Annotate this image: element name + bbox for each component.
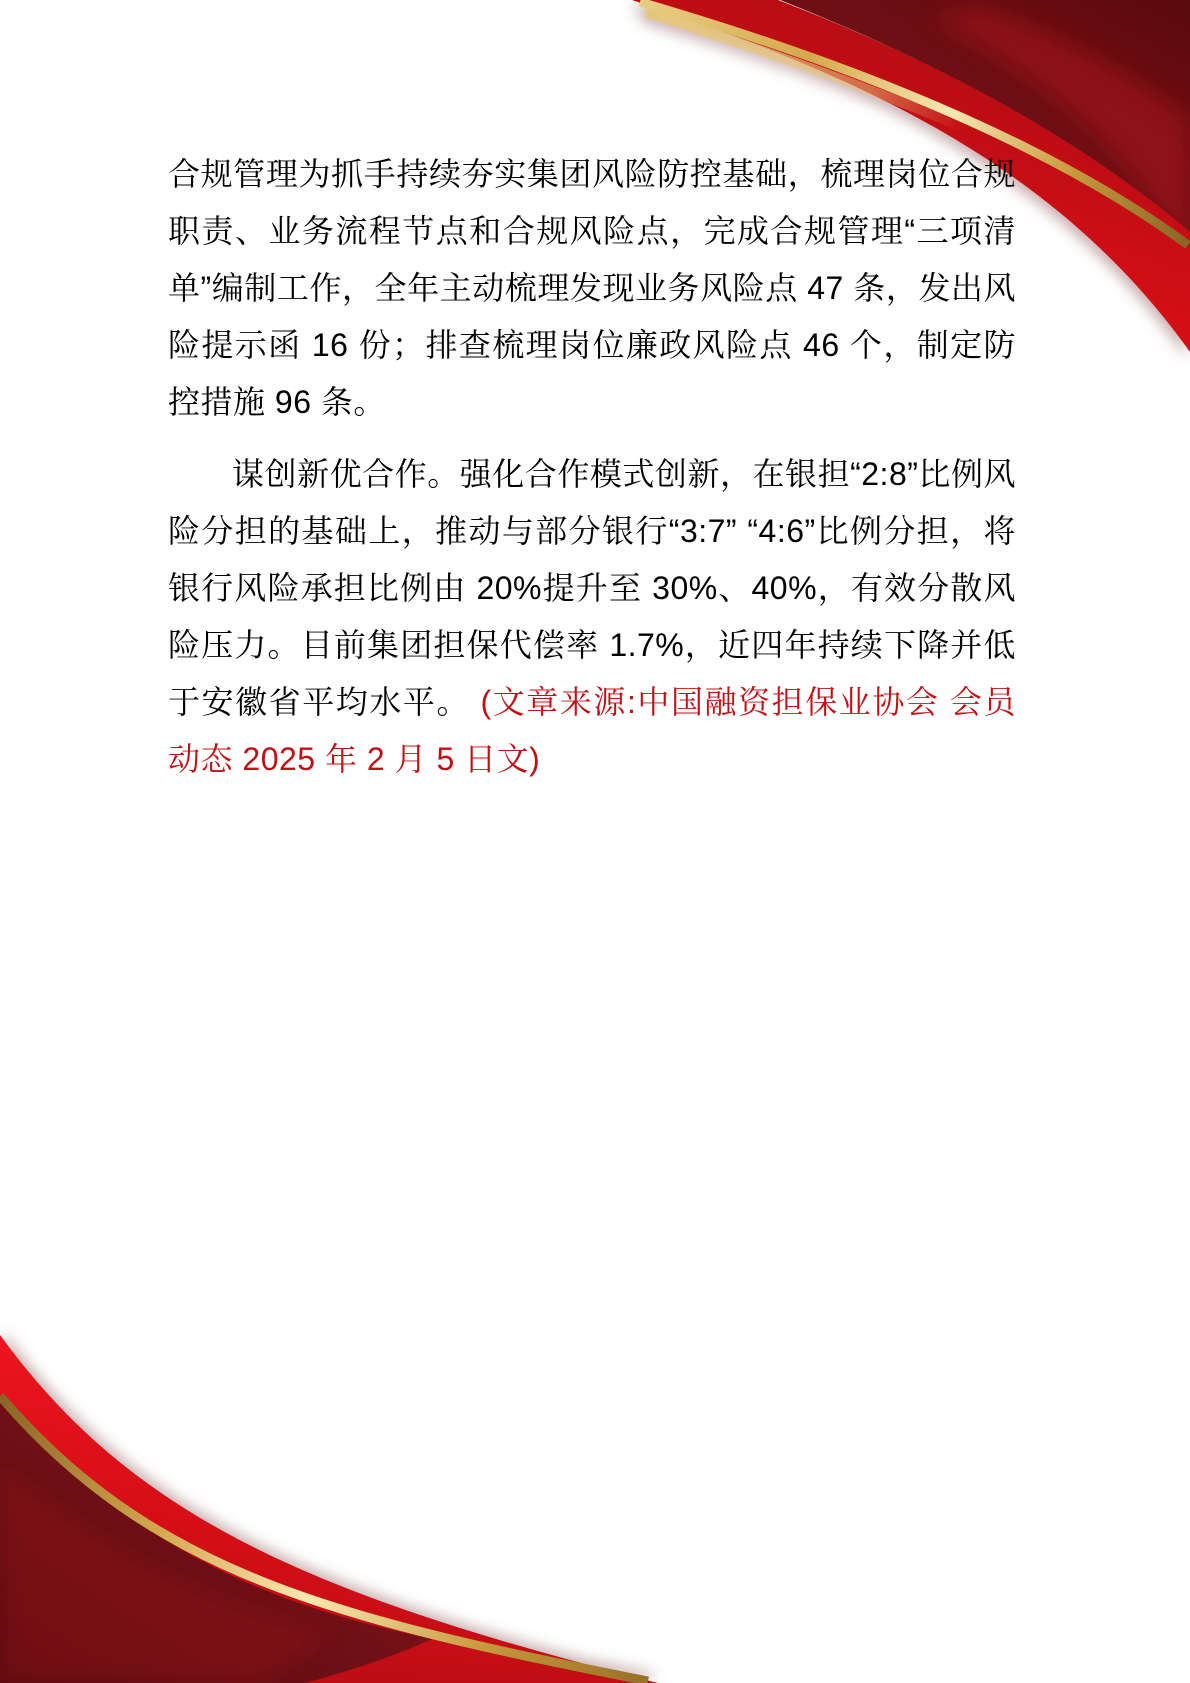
document-page: 合规管理为抓手持续夯实集团风险防控基础，梳理岗位合规职责、业务流程节点和合规风险… (0, 0, 1190, 1683)
document-body: 合规管理为抓手持续夯实集团风险防控基础，梳理岗位合规职责、业务流程节点和合规风险… (168, 146, 1016, 788)
paragraph-text: 合规管理为抓手持续夯实集团风险防控基础，梳理岗位合规职责、业务流程节点和合规风险… (168, 156, 1016, 420)
paragraph-text: 谋创新优合作。强化合作模式创新，在银担“2:8”比例风险分担的基础上，推动与部分… (168, 456, 1016, 720)
paragraph-risk-control: 合规管理为抓手持续夯实集团风险防控基础，梳理岗位合规职责、业务流程节点和合规风险… (168, 146, 1016, 431)
paragraph-cooperation: 谋创新优合作。强化合作模式创新，在银担“2:8”比例风险分担的基础上，推动与部分… (168, 446, 1016, 788)
bottom-left-corner-decoration (0, 1323, 700, 1683)
